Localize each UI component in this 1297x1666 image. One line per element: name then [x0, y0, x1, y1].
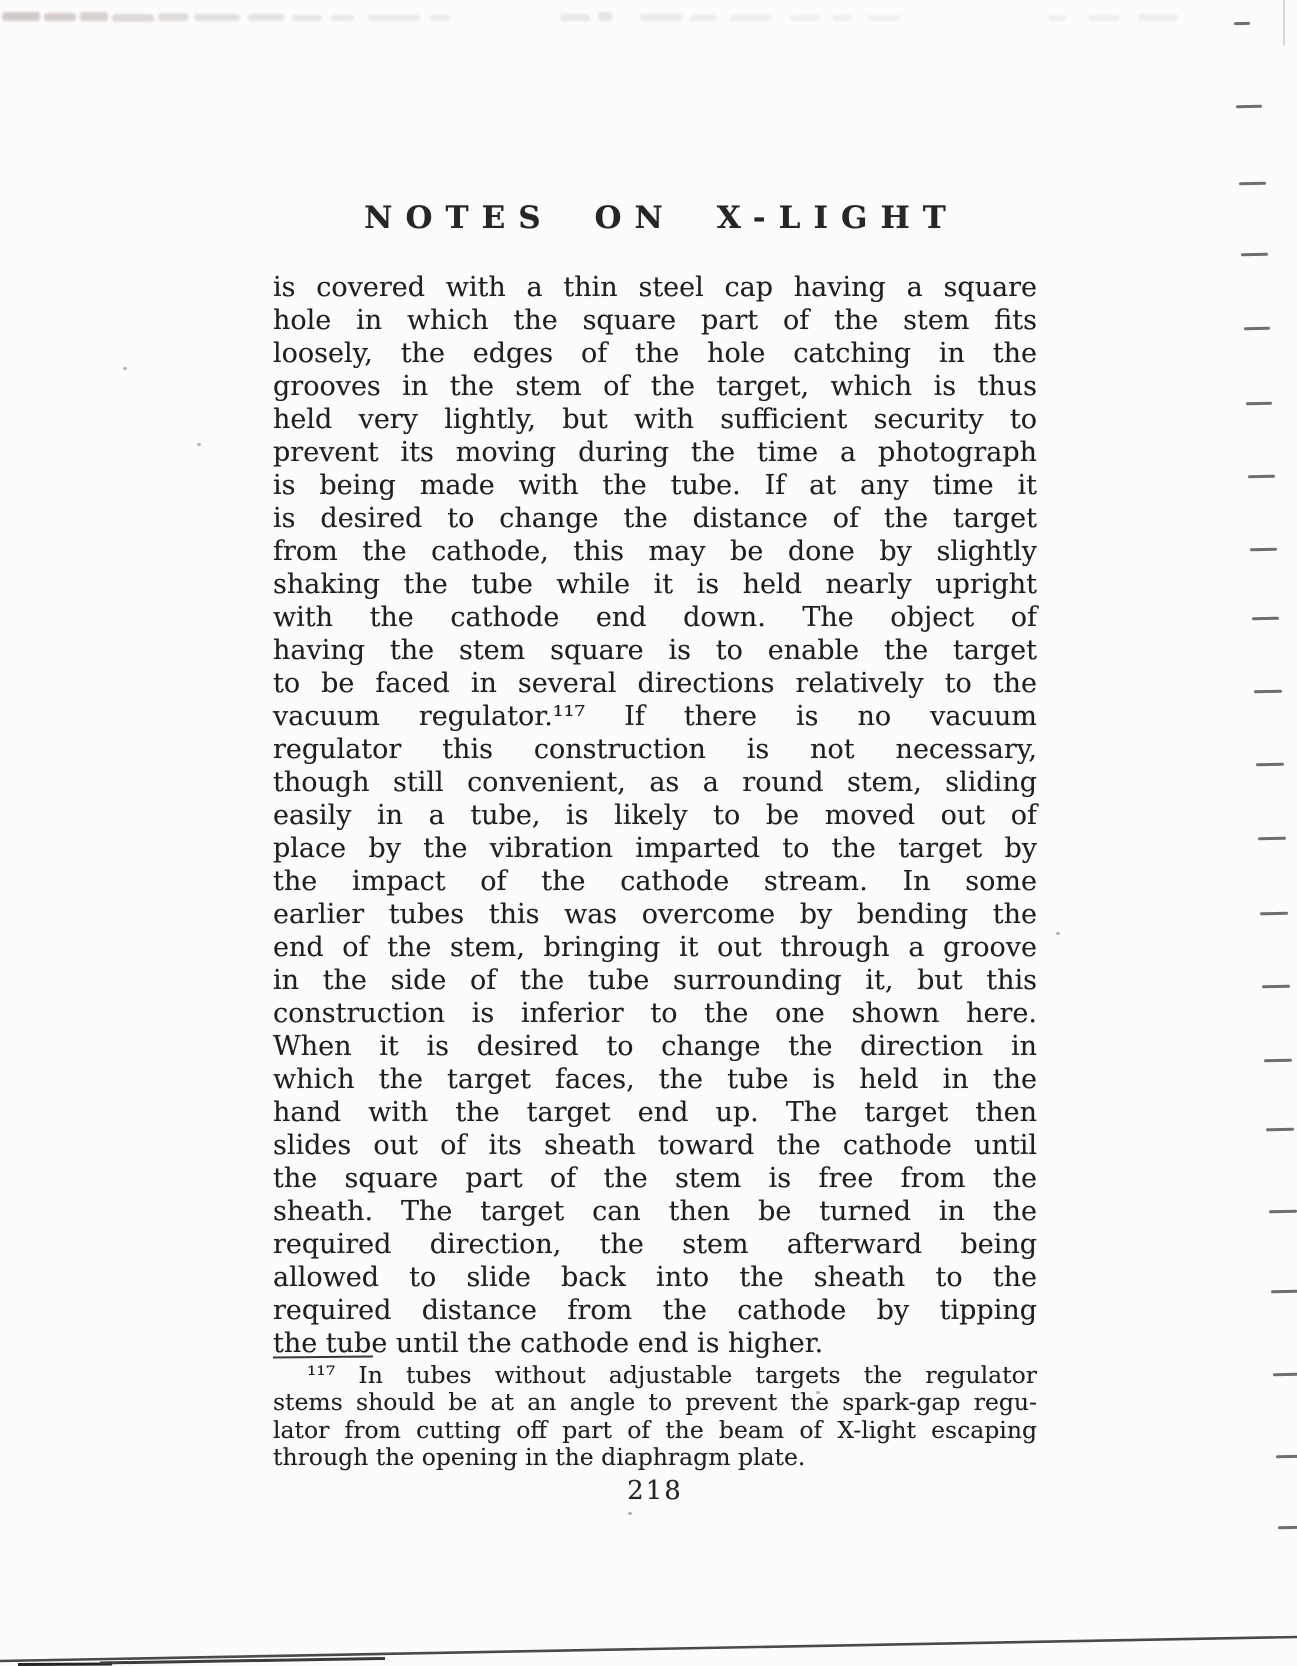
- bottom-page-edge: [0, 0, 1297, 1666]
- scanned-book-page: NOTES ON X-LIGHT is covered with a thin …: [0, 0, 1297, 1666]
